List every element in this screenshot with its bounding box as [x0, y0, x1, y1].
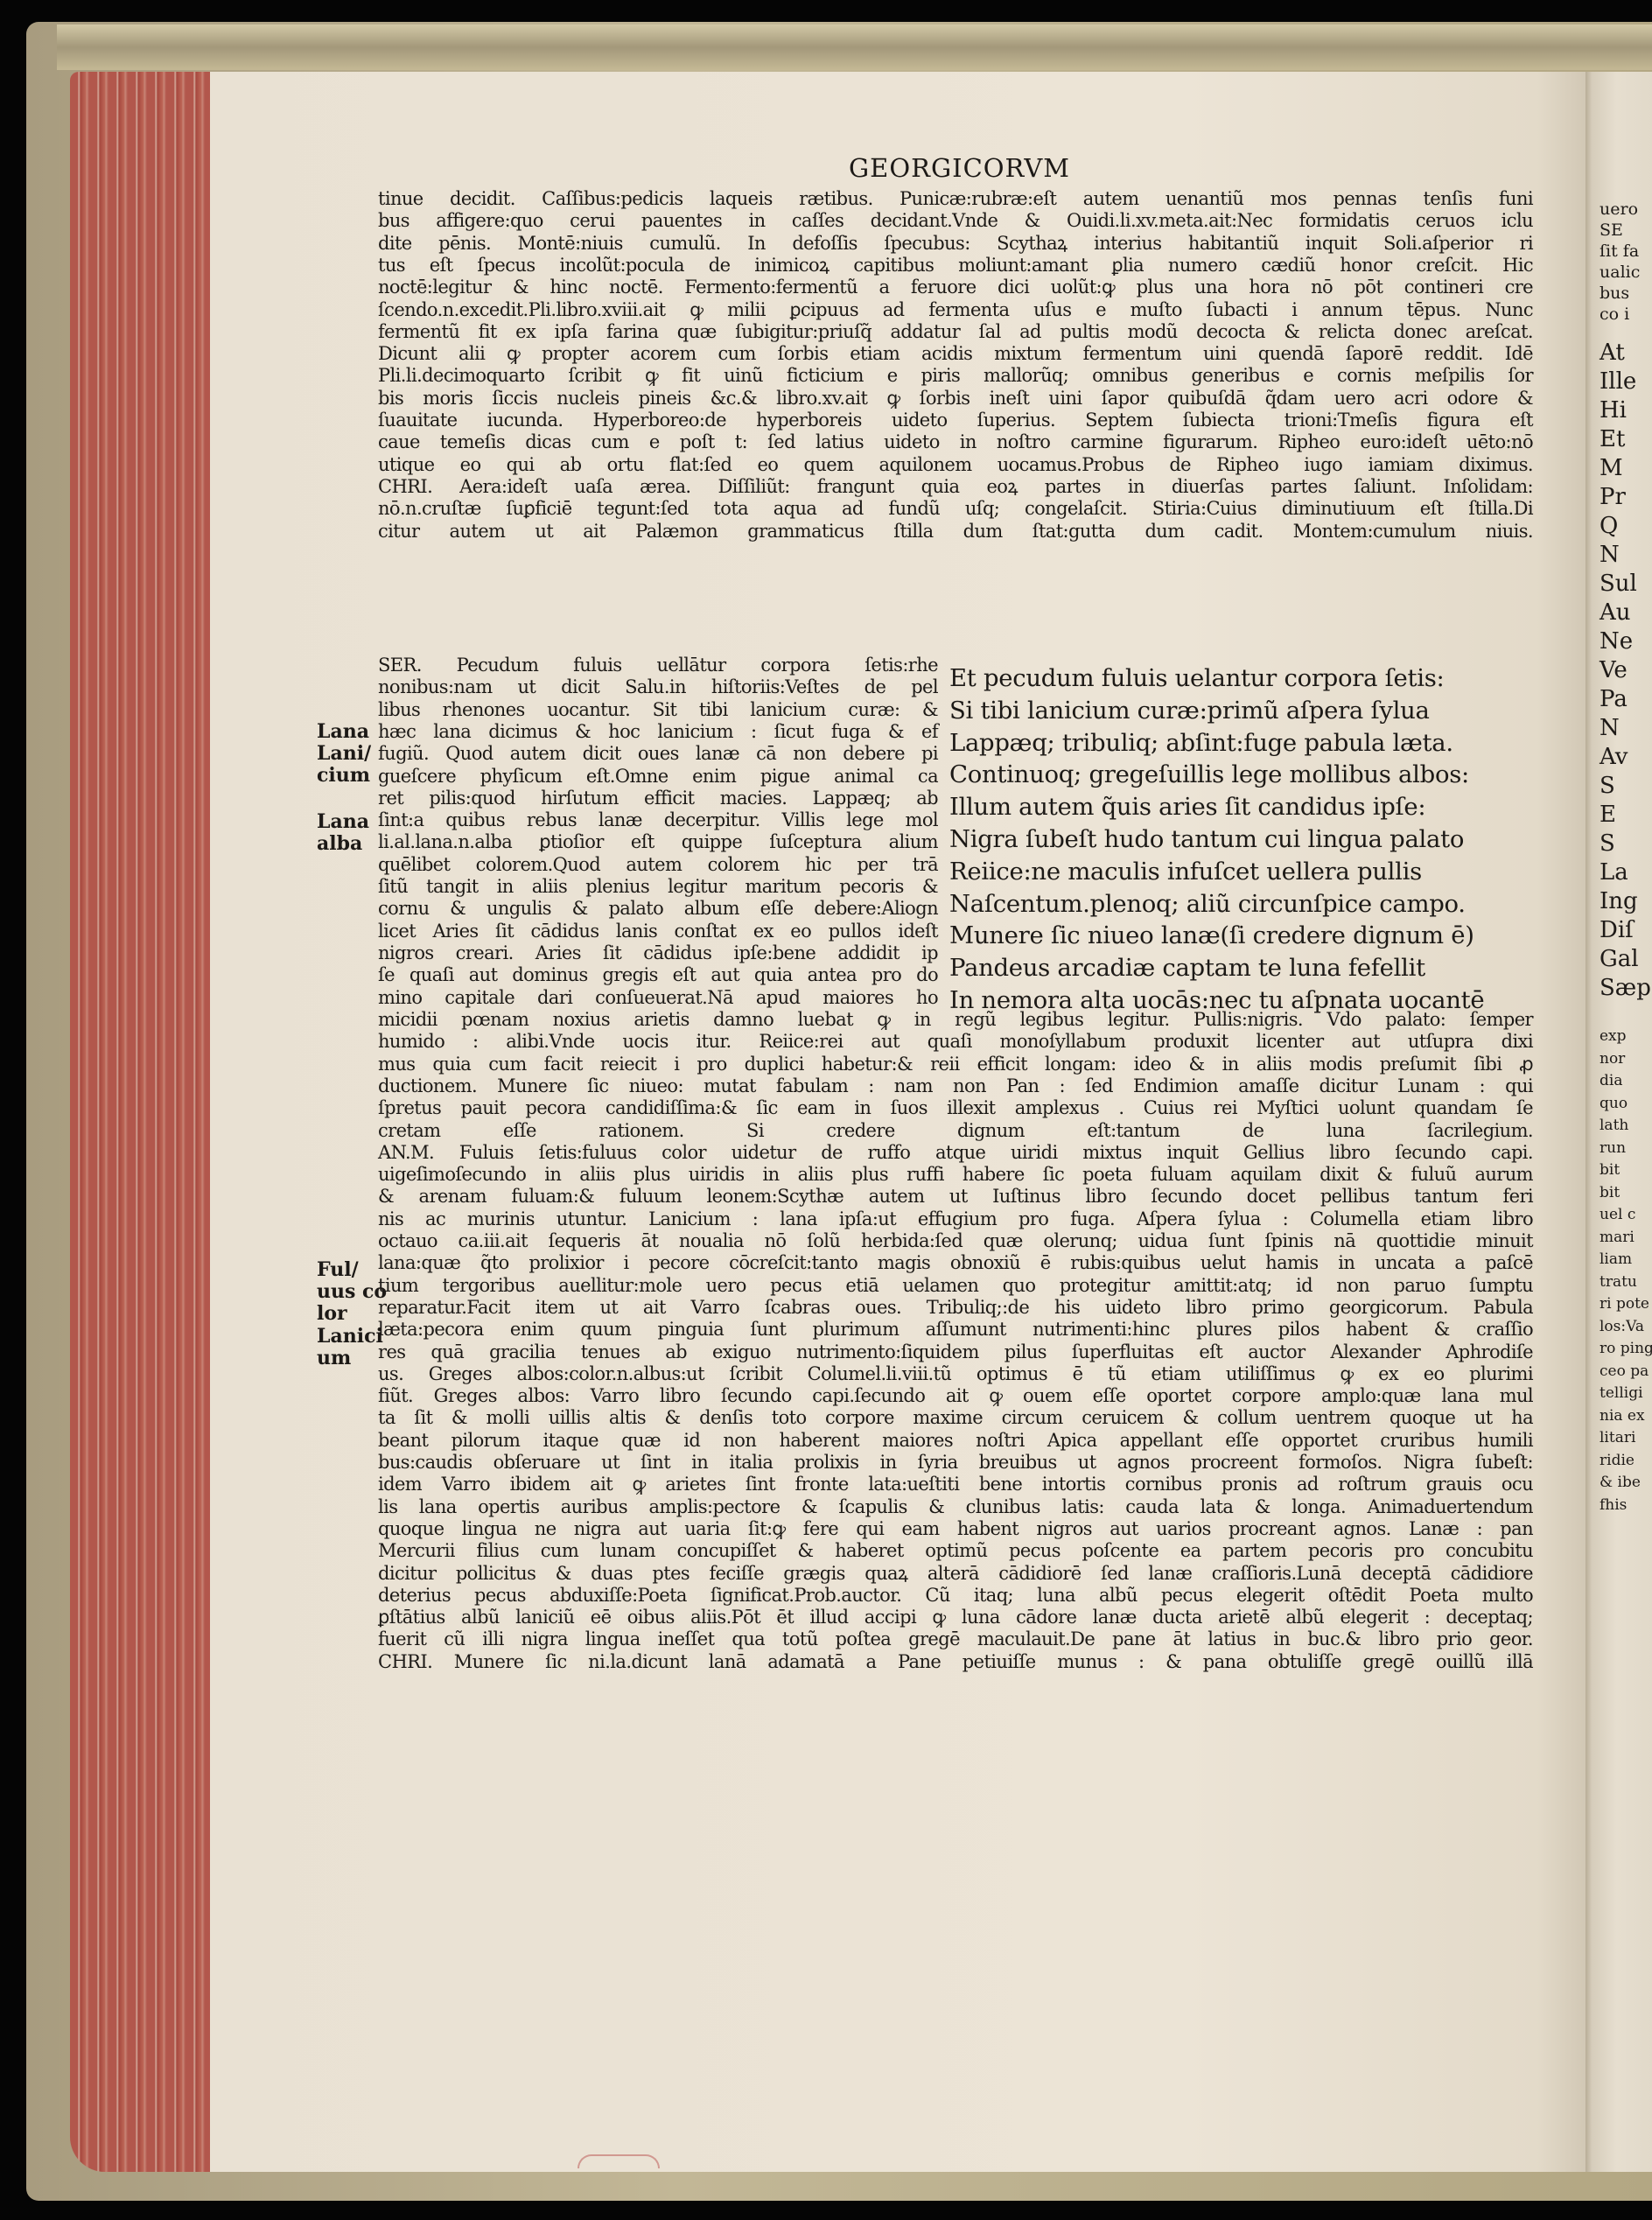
facing-page-fragment: La — [1599, 861, 1628, 884]
verse-line: Lappæq; tribuliq; abſint:fuge pabula læt… — [949, 732, 1453, 756]
margin-note-line: Lanici — [317, 1327, 383, 1346]
commentary-line: ſe quaſi aut dominus gregis eſt aut quia… — [378, 966, 938, 984]
facing-page-fragment: ualic — [1599, 264, 1640, 281]
commentary-line: libus rhenones uocantur. Sit tibi lanici… — [378, 701, 938, 719]
margin-note-line: alba — [317, 834, 362, 853]
commentary-line: quēlibet colorem.Quod autem colorem hic … — [378, 856, 938, 874]
facing-page-fragment: los:Va — [1599, 1320, 1644, 1334]
facing-page-fragment: fhis — [1599, 1498, 1627, 1513]
facing-page-fragment: Av — [1599, 746, 1627, 768]
commentary-line: caue temeſis dicas cum e poſt t: ſed lat… — [378, 433, 1533, 452]
facing-page-fragment: Pa — [1599, 688, 1627, 711]
commentary-line: nis ac murinis utuntur. Lanicium : lana … — [378, 1210, 1533, 1229]
facing-page-fragment: Pr — [1599, 486, 1626, 508]
facing-page-fragment: lath — [1599, 1118, 1628, 1133]
commentary-line: mino capitale dari conſueuerat.Nā apud m… — [378, 989, 938, 1007]
facing-page-fragment: liam — [1599, 1252, 1632, 1267]
verse-line: Si tibi lanicium curæ:primũ aſpera ſylua — [949, 699, 1430, 724]
facing-page-fragment: uero — [1599, 201, 1638, 218]
commentary-line: tus eſt ſpecus incolũt:pocula de inimico… — [378, 256, 1533, 275]
commentary-line: noctē:legitur & hinc noctē. Fermento:fer… — [378, 278, 1533, 297]
commentary-line: fuerit cũ illi nigra lingua ineſſet qua … — [378, 1630, 1533, 1649]
commentary-line: quoque lingua ne nigra aut uaria ſit:ꝙ f… — [378, 1520, 1533, 1538]
facing-page-fragment: exp — [1599, 1029, 1627, 1044]
commentary-line: lana:quæ q̃to prolixior i pecore cōcreſc… — [378, 1254, 1533, 1272]
verse-line: Naſcentum.plenoq; aliũ circunſpice campo… — [949, 893, 1466, 917]
margin-note-line: Ful/ — [317, 1260, 359, 1279]
facing-page-fragment: Ve — [1599, 659, 1627, 682]
margin-note-line: lor — [317, 1304, 347, 1323]
facing-page-fragment: Ille — [1599, 370, 1636, 393]
facing-page-fragment: Diſ — [1599, 919, 1634, 942]
facing-page-fragment: S — [1599, 832, 1615, 855]
facing-page-fragment: ridie — [1599, 1453, 1634, 1468]
commentary-line: mus quia cum facit reiecit i pro duplici… — [378, 1055, 1533, 1074]
commentary-line: fugiũ. Quod autem dicit oues lanæ cā non… — [378, 745, 938, 763]
facing-page-fragment: nia ex — [1599, 1409, 1645, 1424]
commentary-line: licet Aries ſit cādidus lanis conſtat ex… — [378, 922, 938, 941]
facing-page-fragment: S — [1599, 774, 1615, 797]
facing-page-fragment: N — [1599, 717, 1620, 739]
commentary-line: micidii pœnam noxius arietis damno lueba… — [378, 1011, 1533, 1029]
facing-page-fragment: ri pote — [1599, 1297, 1649, 1312]
facing-page-fragment: Q — [1599, 515, 1618, 537]
facing-page-fragment: run — [1599, 1141, 1626, 1156]
verse-line: Nigra ſubeſt hudo tantum cui lingua pala… — [949, 828, 1464, 852]
verse-line: Continuoq; gregeſuillis lege mollibus al… — [949, 763, 1469, 788]
commentary-line: res quā gracilia tenues ab exiguo nutrim… — [378, 1343, 1533, 1362]
commentary-line: nonibus:nam ut dicit Salu.in hiſtoriis:V… — [378, 678, 938, 697]
commentary-line: hæc lana dicimus & hoc lanicium : ſicut … — [378, 723, 938, 741]
margin-note-line: Lana — [317, 812, 369, 831]
facing-page-fragment: tratu — [1599, 1275, 1637, 1290]
facing-page-fragment: telligi — [1599, 1386, 1643, 1401]
commentary-line: octauo ca.iii.ait ſequeris āt noualia nō… — [378, 1232, 1533, 1250]
facing-page-fragment: E — [1599, 803, 1616, 826]
facing-page-fragment: co i — [1599, 306, 1629, 323]
commentary-line: lis lana opertis auribus amplis:pectore … — [378, 1498, 1533, 1516]
commentary-line: nō.n.cruſtæ ſuꝑficiē tegunt:ſed tota aqu… — [378, 500, 1533, 518]
commentary-line: ta ſit & molli uillis altis & denſis tot… — [378, 1409, 1533, 1427]
facing-page-fragment: N — [1599, 543, 1620, 566]
commentary-line: uigeſimoſecundo in aliis plus uiridis in… — [378, 1166, 1533, 1184]
commentary-line: fermentũ fit ex ipſa farina quæ ſubigitu… — [378, 323, 1533, 341]
facing-page-fragment: SE — [1599, 222, 1623, 239]
commentary-line: CHRI. Munere ſic ni.la.dicunt lanā adama… — [378, 1653, 1533, 1671]
facing-page-fragment: uel c — [1599, 1208, 1635, 1222]
commentary-line: tium tergoribus auellitur:mole uero pecu… — [378, 1277, 1533, 1295]
margin-note-line: cium — [317, 766, 370, 785]
facing-page-fragment: M — [1599, 457, 1623, 480]
facing-page-fragment: bit — [1599, 1186, 1620, 1201]
margin-note-line: Lana — [317, 722, 369, 741]
facing-page-fragment: ceo pa — [1599, 1364, 1648, 1379]
commentary-line: us. Greges albos:color.n.albus:ut ſcribi… — [378, 1365, 1533, 1383]
facing-page-fragment: Et — [1599, 428, 1625, 451]
commentary-line: tinue decidit. Caſſibus:pedicis laqueis … — [378, 190, 1533, 208]
commentary-line: Mercurii filius cum lunam concupiſſet & … — [378, 1542, 1533, 1560]
commentary-line: reparatur.Facit item ut ait Varro ſcabra… — [378, 1299, 1533, 1317]
commentary-line: ſuauitate iucunda. Hyperboreo:de hyperbo… — [378, 411, 1533, 430]
commentary-line: læta:pecora enim quum pinguia ſunt pluri… — [378, 1320, 1533, 1339]
commentary-line: ductionem. Munere ſic niueo: mutat fabul… — [378, 1077, 1533, 1096]
facing-page-fragment: quo — [1599, 1096, 1627, 1111]
margin-note-line: uus co — [317, 1282, 387, 1301]
verse-line: Reiice:ne maculis infuſcet uellera pulli… — [949, 860, 1422, 885]
facing-page-fragment: bus — [1599, 285, 1629, 302]
commentary-line: ſpretus pauit pecora candidiſſima:& ſic … — [378, 1099, 1533, 1117]
verse-line: Et pecudum fuluis uelantur corpora ſetis… — [949, 667, 1445, 691]
commentary-line: citur autem ut ait Palæmon grammaticus ſ… — [378, 522, 1533, 541]
commentary-line: Pli.li.decimoquarto ſcribit ꝙ fit uinũ f… — [378, 367, 1533, 385]
commentary-line: humido : alibi.Vnde uocis itur. Reiice:r… — [378, 1033, 1533, 1051]
facing-page-fragment: Au — [1599, 601, 1631, 624]
facing-page-fragment: ro ping — [1599, 1341, 1652, 1356]
facing-page-fragment: Ing — [1599, 890, 1638, 913]
margin-note-line: Lani/ — [317, 744, 371, 763]
commentary-line: AN.M. Fuluis ſetis:fuluus color uidetur … — [378, 1144, 1533, 1162]
margin-note-line: um — [317, 1348, 351, 1368]
commentary-line: bis moris ſiccis nucleis pineis &c.& lib… — [378, 389, 1533, 408]
commentary-line: deterius pecus abduxiſſe:Poeta ſignifica… — [378, 1586, 1533, 1605]
facing-page-fragment: ſit fa — [1599, 243, 1639, 260]
commentary-line: ꝑſtātius albũ laniciũ eē oibus aliis.Pōt… — [378, 1608, 1533, 1627]
cover-headband — [57, 25, 1652, 70]
commentary-line: cornu & ungulis & palato album eſſe debe… — [378, 900, 938, 918]
commentary-line: dite pēnis. Montē:niuis cumulũ. In defoſ… — [378, 235, 1533, 253]
facing-page-recto: ueroSEſit faualicbusco iAtIlleHiEtMPrQNS… — [1592, 72, 1652, 2172]
commentary-line: ret pilis:quod hirſutum efficit macies. … — [378, 789, 938, 808]
facing-page-fragment: & ibe — [1599, 1475, 1641, 1490]
facing-page-fragment: Sæp — [1599, 977, 1651, 999]
facing-page-fragment: mari — [1599, 1230, 1634, 1245]
commentary-line: cretam eſſe rationem. Si credere dignum … — [378, 1122, 1533, 1140]
commentary-line: nigros creari. Aries ſit cādidus ipſe:be… — [378, 944, 938, 963]
commentary-line: li.al.lana.n.alba ꝑtioſior eſt quippe ſu… — [378, 833, 938, 851]
verse-line: Illum autem q̃uis aries ſit candidus ipſ… — [949, 795, 1425, 820]
commentary-line: ſcendo.n.excedit.Pli.libro.xviii.ait ꝙ m… — [378, 301, 1533, 319]
commentary-line: bus:caudis obſeruare ut ſint in italia p… — [378, 1453, 1533, 1472]
facing-page-fragment: litari — [1599, 1431, 1635, 1446]
commentary-line: utique eo qui ab ortu flat:ſed eo quem a… — [378, 456, 1533, 474]
running-head: GEORGICORVM — [849, 153, 1070, 183]
commentary-line: gueſcere phyſicum eſt.Omne enim pigue an… — [378, 767, 938, 786]
facing-page-fragment: Sul — [1599, 572, 1637, 595]
commentary-line: SER. Pecudum fuluis uellātur corpora ſet… — [378, 656, 938, 675]
commentary-line: fiũt. Greges albos: Varro libro ſecundo … — [378, 1387, 1533, 1405]
facing-page-fragment: Gal — [1599, 948, 1639, 970]
commentary-line: bus affigere:quo cerui pauentes in caſſe… — [378, 212, 1533, 230]
red-fore-edge — [70, 72, 210, 2172]
commentary-line: Dicunt alii ꝙ propter acorem cum ſorbis … — [378, 345, 1533, 363]
commentary-line: & arenam fuluam:& fuluum leonem:Scythæ a… — [378, 1187, 1533, 1206]
facing-page-fragment: Hi — [1599, 399, 1627, 422]
facing-page-fragment: nor — [1599, 1052, 1625, 1067]
commentary-line: CHRI. Aera:ideſt uaſa ærea. Diſſiliũt: f… — [378, 478, 1533, 496]
facing-page-fragment: bit — [1599, 1163, 1620, 1178]
commentary-line: idem Varro ibidem ait ꝙ arietes ſint fro… — [378, 1475, 1533, 1494]
commentary-line: dicitur pollicitus & duas ptes feciſſe g… — [378, 1565, 1533, 1583]
facing-page-fragment: Ne — [1599, 630, 1633, 653]
verse-line: Munere ſic niueo lanæ(ſi credere dignum … — [949, 924, 1474, 949]
commentary-line: ſint:a quibus rebus lanæ decerpitur. Vil… — [378, 811, 938, 830]
gutter — [1585, 72, 1592, 2172]
commentary-line: ſitũ tangit in aliis plenius legitur mar… — [378, 878, 938, 896]
book-page-verso: GEORGICORVM tinue decidit. Caſſibus:pedi… — [210, 72, 1592, 2172]
library-stamp-mark — [577, 2154, 660, 2168]
facing-page-fragment: At — [1599, 341, 1625, 364]
commentary-line: beant pilorum itaque quæ id non haberent… — [378, 1432, 1533, 1450]
verse-line: Pandeus arcadiæ captam te luna fefellit — [949, 956, 1425, 981]
facing-page-fragment: dia — [1599, 1074, 1622, 1089]
